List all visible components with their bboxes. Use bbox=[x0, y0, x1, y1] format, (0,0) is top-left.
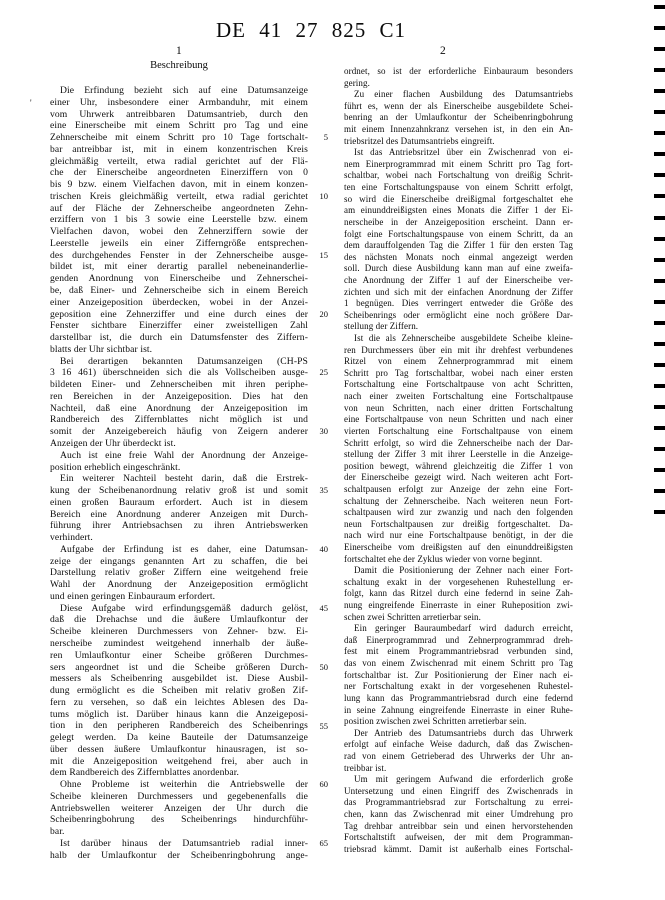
text-line: Scheibe kleineren Durchmessers von Zehne… bbox=[50, 626, 308, 638]
edge-scan-mark bbox=[654, 321, 665, 325]
text-line: Scheibenringbohrung des Scheibenrings hi… bbox=[50, 814, 308, 826]
text-line: schaltung exakt in der vorgesehenen Ruhe… bbox=[344, 577, 573, 589]
text-line: verhindert. bbox=[50, 532, 308, 544]
edge-scan-mark bbox=[654, 89, 665, 93]
text-line: schaltpausen erfolgt zur Anzeige der zeh… bbox=[344, 484, 573, 496]
gutter-line-number: 30 bbox=[306, 426, 328, 436]
left-text-column: Die Erfindung bezieht sich auf eine Datu… bbox=[50, 85, 308, 862]
edge-scan-mark bbox=[654, 258, 665, 262]
text-line: Tag drehbar antreibbar sein und einen he… bbox=[344, 821, 573, 833]
text-line: dung ermöglicht es die Scheiben mit rela… bbox=[50, 685, 308, 697]
text-line: Schritt pro Tag fortschaltbar, wobei nac… bbox=[344, 368, 573, 380]
edge-scan-mark bbox=[654, 110, 665, 114]
text-line: stellung der Ziffer 3 mit ihrer Leerstel… bbox=[344, 449, 573, 461]
edge-scan-mark bbox=[654, 426, 665, 430]
edge-scan-mark bbox=[654, 173, 665, 177]
text-line: bar. bbox=[50, 826, 308, 838]
text-line: vierten Fortschaltung eine Fortschaltpau… bbox=[344, 426, 573, 438]
gutter-line-number: 60 bbox=[306, 779, 328, 789]
text-line: Um mit geringem Aufwand die erforderlich… bbox=[344, 774, 573, 786]
text-line: erfolgt auf einfache Weise dadurch, daß … bbox=[344, 739, 573, 751]
text-line: erziffern von 1 bis 3 sowie eine Leerste… bbox=[50, 214, 308, 226]
text-line: Ein weiterer Nachteil besteht darin, daß… bbox=[50, 473, 308, 485]
text-line: Nachteil, daß eine Anordnung der Anzeige… bbox=[50, 403, 308, 415]
text-line: gelegt werden. Da keine Bauteile der Dat… bbox=[50, 732, 308, 744]
text-line: bar antreibbar ist, mit in einem konzent… bbox=[50, 144, 308, 156]
text-line: dem Randbereich des Ziffernblattes anord… bbox=[50, 767, 308, 779]
text-line: am einunddreißigsten eines Monats die Zi… bbox=[344, 205, 573, 217]
text-line: führung ihrer Antriebsachsen zu ihren An… bbox=[50, 520, 308, 532]
edge-scan-mark bbox=[654, 363, 665, 367]
text-line: führt es, wenn der als Einerscheibe ausg… bbox=[344, 101, 573, 113]
text-line: benring an der Umlaufkontur der Scheiben… bbox=[344, 112, 573, 124]
text-line: blatts der Uhr sichtbar ist. bbox=[50, 344, 308, 356]
edge-scan-mark bbox=[654, 26, 665, 30]
text-line: ordnet, so ist der erforderliche Einbaur… bbox=[344, 66, 573, 78]
text-line: Damit die Positionierung der Zehner nach… bbox=[344, 565, 573, 577]
text-line: mit die Anzeigeposition weitgehend frei,… bbox=[50, 756, 308, 768]
text-line: Zehnerscheibe mit einem Schritt pro 10 T… bbox=[50, 132, 308, 144]
text-line: Diese Aufgabe wird erfindungsgemäß dadur… bbox=[50, 603, 308, 615]
text-line: folgt eine Fortschaltungspause von einem… bbox=[344, 229, 573, 241]
text-line: das von einem Zwischenrad mit einem Schr… bbox=[344, 658, 573, 670]
text-line: schen zwei Schritten arretierbar sein. bbox=[344, 612, 573, 624]
text-line: somit der Anzeigebereich häufig von Zeig… bbox=[50, 426, 308, 438]
gutter-line-number: 45 bbox=[306, 603, 328, 613]
text-line: Leerstelle jeweils ein einer Zifferngröß… bbox=[50, 238, 308, 250]
text-line: Fenster sichtbare Einerziffer einer zwei… bbox=[50, 320, 308, 332]
text-line: tion in den peripheren Randbereich des S… bbox=[50, 720, 308, 732]
text-line: Wahl der Anordnung der Anzeigeposition e… bbox=[50, 579, 308, 591]
text-line: sers angeordnet ist und die Scheibe größ… bbox=[50, 662, 308, 674]
text-line: nerscheibe zumindest weitgehend innerhal… bbox=[50, 638, 308, 650]
gutter-line-number: 20 bbox=[306, 309, 328, 319]
text-line: bis 9 bzw. einem Vielfachen davon, mit i… bbox=[50, 179, 308, 191]
text-line: geposition eine Zehnerziffer und eine du… bbox=[50, 309, 308, 321]
edge-scan-mark bbox=[654, 194, 665, 198]
text-line: ten eine Fortschaltungspause von einem S… bbox=[344, 182, 573, 194]
text-line: einer Uhr, insbesondere einer Armbanduhr… bbox=[50, 97, 308, 109]
text-line: Scheibe kleineren Durchmessers und gegeb… bbox=[50, 791, 308, 803]
text-line: fortschaltbar ist. Zur Positionierung de… bbox=[344, 670, 573, 682]
text-line: ren Bereichen in der Anzeigeposition. Di… bbox=[50, 391, 308, 403]
text-line: tums möglich ist. Darüber hinaus kann di… bbox=[50, 709, 308, 721]
edge-scan-mark bbox=[654, 47, 665, 51]
text-line: der Einerscheibe gezeigt wird. Nach weit… bbox=[344, 472, 573, 484]
text-line: Darstellung relativ großer Ziffern eine … bbox=[50, 567, 308, 579]
text-line: kung der Scheibenanordnung relativ groß … bbox=[50, 485, 308, 497]
section-heading: Beschreibung bbox=[50, 60, 308, 71]
edge-scan-mark bbox=[654, 510, 665, 514]
text-line: in seine Zahnung eingreifende Einerraste… bbox=[344, 705, 573, 717]
text-line: Zu einer flachen Ausbildung des Datumsan… bbox=[344, 89, 573, 101]
gutter-line-number: 5 bbox=[306, 132, 328, 142]
text-line: position erheblich eingeschränkt. bbox=[50, 462, 308, 474]
text-line: Der Antrieb des Datumsantriebs durch das… bbox=[344, 728, 573, 740]
gutter-line-number: 55 bbox=[306, 721, 328, 731]
edge-scan-mark bbox=[654, 300, 665, 304]
edge-scan-mark bbox=[654, 5, 665, 9]
text-line: Fortschaltstift aufweisen, der mit dem P… bbox=[344, 832, 573, 844]
text-line: Ist die als Zehnerscheibe ausgebildete S… bbox=[344, 333, 573, 345]
text-line: von neun Schritten, nach einer dritten F… bbox=[344, 403, 573, 415]
text-line: ren Durchmessers über ein mit ihr drehfe… bbox=[344, 345, 573, 357]
text-line: darstellbar ist, die durch ein Datumsfen… bbox=[50, 332, 308, 344]
text-line: Antriebswellen weiterer Anzeigen der Uhr… bbox=[50, 803, 308, 815]
text-line: treibbar ist. bbox=[344, 763, 573, 775]
text-line: Vielfachen davon, wobei den Zehnerziffer… bbox=[50, 226, 308, 238]
text-line: rad von einem Getrieberad des Uhrwerks d… bbox=[344, 751, 573, 763]
text-line: Ist darüber hinaus der Datumsantrieb rad… bbox=[50, 838, 308, 850]
text-line: che Anordnung der Ziffer 1 auf der Einer… bbox=[344, 275, 573, 287]
text-line: Ist das Antriebsritzel über ein Zwischen… bbox=[344, 147, 573, 159]
text-line: nach einer zweiten Fortschaltung eine Fo… bbox=[344, 391, 573, 403]
gutter-line-number: 25 bbox=[306, 367, 328, 377]
text-line: Ritzel von einem Zehnerprogrammrad mit e… bbox=[344, 356, 573, 368]
text-line: position zwischen zwei Schritten arretie… bbox=[344, 716, 573, 728]
text-line: nerscheibe in der Anzeigeposition ersche… bbox=[344, 217, 573, 229]
text-line: bildeten Einer- und Zehnerscheiben mit i… bbox=[50, 379, 308, 391]
text-line: ren Umlaufkontur einer Scheibe größeren … bbox=[50, 650, 308, 662]
text-line: Ein geringer Bauraumbedarf wird dadurch … bbox=[344, 623, 573, 635]
text-line: auf der Fläche der Zehnerscheibe angeord… bbox=[50, 203, 308, 215]
edge-scan-mark bbox=[654, 68, 665, 72]
gutter-line-number: 10 bbox=[306, 191, 328, 201]
scan-speck: ' bbox=[30, 98, 32, 108]
text-line: einer Anzeigeposition überdecken, wobei … bbox=[50, 297, 308, 309]
text-line: eine Fortschaltpause von neun Schritten … bbox=[344, 414, 573, 426]
text-line: Untersetzung und einen Eingriff des Zwis… bbox=[344, 786, 573, 798]
text-line: gering. bbox=[344, 78, 573, 90]
text-line: 1 begnügen. Dies verringert entweder die… bbox=[344, 298, 573, 310]
text-line: Aufgabe der Erfindung ist es daher, eine… bbox=[50, 544, 308, 556]
text-line: schaltung der Zehnerscheibe. Nach weiter… bbox=[344, 496, 573, 508]
text-line: vom Uhrwerk antreibbaren Datumsantrieb, … bbox=[50, 109, 308, 121]
text-line: Schritt erfolgt, so wird die Zehnerschei… bbox=[344, 438, 573, 450]
text-line: Anzeigen der Uhr überdeckt ist. bbox=[50, 438, 308, 450]
text-line: bildet ist, mit einer derartig parallel … bbox=[50, 261, 308, 273]
text-line: fortschaltet ehe der Zyklus wieder von v… bbox=[344, 554, 573, 566]
gutter-line-number: 40 bbox=[306, 544, 328, 554]
text-line: folgt, kann das Ritzel durch eine federn… bbox=[344, 588, 573, 600]
edge-scan-mark bbox=[654, 342, 665, 346]
text-line: Bereich eine Anordnung anderer Anzeigen … bbox=[50, 509, 308, 521]
text-line: eine Einerscheibe mit einem Schritt pro … bbox=[50, 120, 308, 132]
edge-scan-mark bbox=[654, 131, 665, 135]
text-line: das Programmantriebsrad zur Fortschaltun… bbox=[344, 797, 573, 809]
text-line: trischen Kreis gleichmäßig verteilt, etw… bbox=[50, 191, 308, 203]
text-line: so wird die Einerscheibe dreißigmal fort… bbox=[344, 194, 573, 206]
text-line: halb der Umlaufkontur der Scheibenringbo… bbox=[50, 850, 308, 862]
text-line: Einerscheibe vom dreißigsten auf den ein… bbox=[344, 542, 573, 554]
text-line: einen großen Bauraum erfordert. Auch ist… bbox=[50, 497, 308, 509]
edge-scan-mark bbox=[654, 447, 665, 451]
text-line: triebsritzel des Datumsantriebs eingreif… bbox=[344, 136, 573, 148]
text-line: Fortschaltung eine Fortschaltpause von a… bbox=[344, 379, 573, 391]
text-line: des nächsten Monats noch einmal angezeig… bbox=[344, 252, 573, 264]
text-line: zeige der eingangs genannten Art zu scha… bbox=[50, 556, 308, 568]
edge-scan-mark bbox=[654, 468, 665, 472]
text-line: fern zu versehen, so daß ein leichtes Ab… bbox=[50, 697, 308, 709]
text-line: daß die Drehachse und die äußere Umlaufk… bbox=[50, 614, 308, 626]
gutter-line-number: 50 bbox=[306, 662, 328, 672]
edge-scan-mark bbox=[654, 237, 665, 241]
text-line: und einen geringen Einbauraum erfordert. bbox=[50, 591, 308, 603]
patent-number-header: DE 41 27 825 C1 bbox=[0, 18, 622, 43]
text-line: dem darauffolgenden Tag die Ziffer 1 für… bbox=[344, 240, 573, 252]
text-line: che der Einerscheibe angeordneten Einerz… bbox=[50, 167, 308, 179]
text-line: über dessen äußere Umlaufkontur hinausra… bbox=[50, 744, 308, 756]
text-line: genden Anordnung von Einerscheibe und Ze… bbox=[50, 273, 308, 285]
text-line: Ohne Probleme ist weiterhin die Antriebs… bbox=[50, 779, 308, 791]
text-line: lung kann das Programmantriebsrad durch … bbox=[344, 693, 573, 705]
patent-document-page: DE 41 27 825 C1 1 2 Beschreibung ' Die E… bbox=[0, 0, 665, 900]
edge-scan-mark bbox=[654, 384, 665, 388]
column-number-right: 2 bbox=[440, 45, 446, 57]
text-line: Scheibenrings oder ermöglicht eine noch … bbox=[344, 310, 573, 322]
text-line: nem Einerprogrammrad mit einem Schritt p… bbox=[344, 159, 573, 171]
edge-scan-mark bbox=[654, 216, 665, 220]
edge-scan-mark bbox=[654, 489, 665, 493]
text-line: neun Fortschaltpausen zur dreißig fortge… bbox=[344, 519, 573, 531]
text-line: fest mit einem Programmantriebsrad verbu… bbox=[344, 646, 573, 658]
text-line: Randbereich des Ziffernblattes nicht mög… bbox=[50, 414, 308, 426]
column-number-left: 1 bbox=[176, 45, 182, 57]
text-line: soll. Durch diese Ausbildung kann man au… bbox=[344, 263, 573, 275]
text-line: be, daß Einer- und Zehnerscheibe sich in… bbox=[50, 285, 308, 297]
edge-scan-mark bbox=[654, 405, 665, 409]
text-line: position bewegt, während gleichzeitig di… bbox=[344, 461, 573, 473]
edge-scan-mark bbox=[654, 279, 665, 283]
edge-scan-mark bbox=[654, 152, 665, 156]
text-line: schaltpausen wird zur zwanzig und nach d… bbox=[344, 507, 573, 519]
text-line: 3 16 461) überschneiden sich die als Vol… bbox=[50, 367, 308, 379]
text-line: mit einem Innenzahnkranz versehen ist, i… bbox=[344, 124, 573, 136]
text-line: schaltbar, wobei nach Fortschaltung von … bbox=[344, 170, 573, 182]
gutter-line-number: 15 bbox=[306, 250, 328, 260]
gutter-line-number: 35 bbox=[306, 485, 328, 495]
text-line: ner Fortschaltung exakt in der vorgesehe… bbox=[344, 681, 573, 693]
text-line: triebsrad kämmt. Damit ist außerhalb ein… bbox=[344, 844, 573, 856]
text-line: Bei derartigen bekannten Datumsanzeigen … bbox=[50, 356, 308, 368]
text-line: nach wird nur eine Fortschaltpause benöt… bbox=[344, 530, 573, 542]
text-line: messers als Scheibenring ausgebildet ist… bbox=[50, 673, 308, 685]
text-line: daß Einerprogrammrad und Zehnerprogrammr… bbox=[344, 635, 573, 647]
text-line: nung eingreifende Einerraste in einer Ru… bbox=[344, 600, 573, 612]
right-text-column: ordnet, so ist der erforderliche Einbaur… bbox=[344, 66, 573, 855]
text-line: stellung der Ziffern. bbox=[344, 321, 573, 333]
text-line: des durchgehendes Fenster in der Zehners… bbox=[50, 250, 308, 262]
text-line: Die Erfindung bezieht sich auf eine Datu… bbox=[50, 85, 308, 97]
text-line: chen, kann das Zwischenrad mit einer Umd… bbox=[344, 809, 573, 821]
text-line: zichten und sich mit der einfachen Anord… bbox=[344, 287, 573, 299]
text-line: Auch ist eine freie Wahl der Anordnung d… bbox=[50, 450, 308, 462]
text-line: gleichmäßig verteilt, etwa radial gerich… bbox=[50, 156, 308, 168]
gutter-line-number: 65 bbox=[306, 838, 328, 848]
